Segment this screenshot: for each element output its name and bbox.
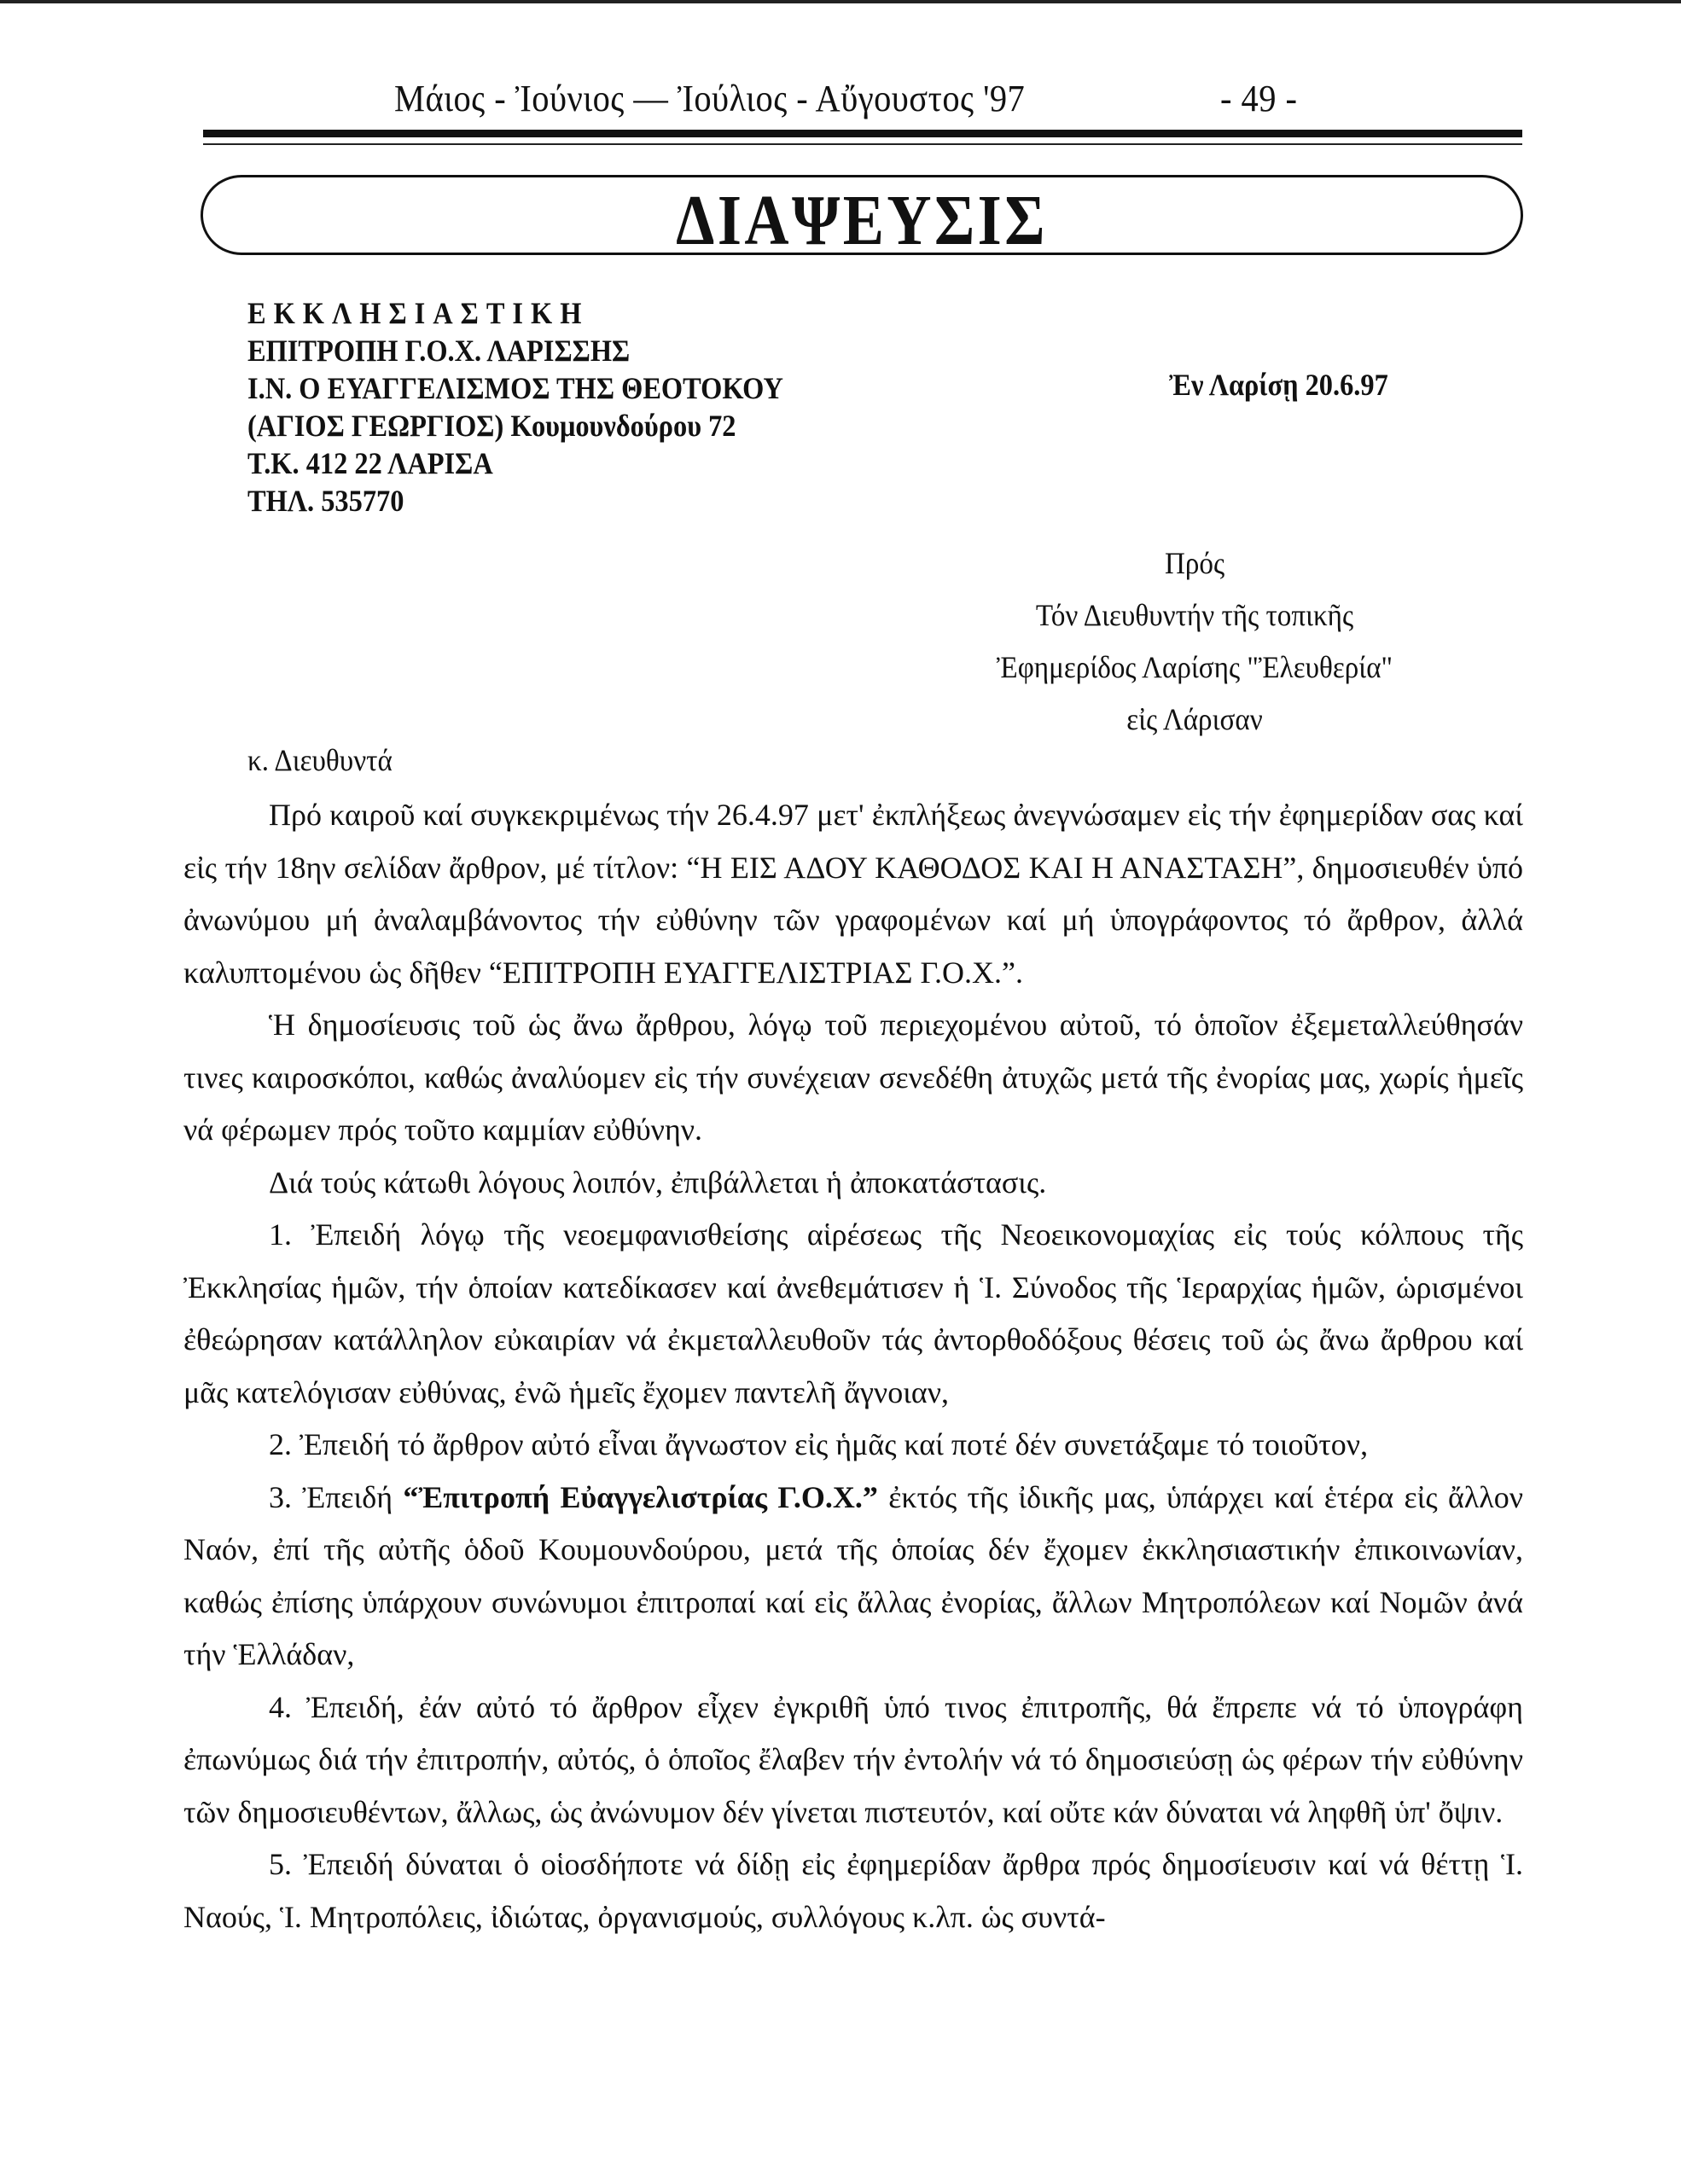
issue-dates: Μάιος - Ἰούνιος — Ἰούλιος - Αὔγουστος '9… [394,77,1025,120]
bold-committee-name: “Ἐπιτροπή Εὐαγγελιστρίας Γ.Ο.Χ.” [403,1480,878,1514]
recipient-line: Πρός [881,537,1509,590]
paragraph: 4. Ἐπειδή, ἐάν αὐτό τό ἄρθρον εἶχεν ἐγκρ… [183,1682,1523,1839]
scan-edge-artifact [0,0,1681,3]
title-banner: ΔΙΑΨΕΥΣΙΣ [201,175,1523,255]
paragraph: Διά τούς κάτωθι λόγους λοιπόν, ἐπιβάλλετ… [183,1157,1523,1210]
article-title: ΔΙΑΨΕΥΣΙΣ [295,179,1428,262]
place-date: Ἐν Λαρίσῃ 20.6.97 [1169,367,1388,403]
running-head: Μάιος - Ἰούνιος — Ἰούλιος - Αὔγουστος '9… [196,77,1527,128]
paragraph: Πρό καιροῦ καί συγκεκριμένως τήν 26.4.97… [183,789,1523,999]
letter-body: Πρό καιροῦ καί συγκεκριμένως τήν 26.4.97… [183,789,1523,1943]
sender-address-block: ΕΚΚΛΗΣΙΑΣΤΙΚΗ ΕΠΙΤΡΟΠΗ Γ.Ο.Χ. ΛΑΡΙΣΣΗΣ Ι… [247,294,843,520]
page-number: - 49 - [1220,77,1297,120]
header-rule-thin [203,143,1522,145]
sender-line: (ΑΓΙΟΣ ΓΕΩΡΓΙΟΣ) Κουμουνδούρου 72 [247,407,783,444]
salutation: κ. Διευθυντά [247,742,393,778]
recipient-line: Τόν Διευθυντήν τῆς τοπικῆς [881,590,1509,642]
sender-line: Τ.Κ. 412 22 ΛΑΡΙΣΑ [247,444,783,482]
recipient-line: εἰς Λάρισαν [881,694,1509,746]
paragraph: 3. Ἐπειδή “Ἐπιτροπή Εὐαγγελιστρίας Γ.Ο.Χ… [183,1472,1523,1682]
sender-line: ΕΚΚΛΗΣΙΑΣΤΙΚΗ [247,294,783,332]
recipient-line: Ἐφημερίδος Λαρίσης "Ἐλευθερία" [881,642,1509,694]
paragraph-prefix: 3. Ἐπειδή [269,1480,403,1514]
paragraph: Ἡ δημοσίευσις τοῦ ὡς ἄνω ἄρθρου, λόγῳ το… [183,999,1523,1157]
sender-line: Ι.Ν. Ο ΕΥΑΓΓΕΛΙΣΜΟΣ ΤΗΣ ΘΕΟΤΟΚΟΥ [247,369,783,407]
sender-line: ΕΠΙΤΡΟΠΗ Γ.Ο.Χ. ΛΑΡΙΣΣΗΣ [247,332,783,369]
header-rule-thick [203,130,1522,137]
paragraph: 2. Ἐπειδή τό ἄρθρον αὐτό εἶναι ἄγνωστον … [183,1419,1523,1472]
paragraph: 5. Ἐπειδή δύναται ὁ οἱοσδήποτε νά δίδῃ ε… [183,1838,1523,1943]
sender-line: ΤΗΛ. 535770 [247,482,783,520]
recipient-block: Πρός Τόν Διευθυντήν τῆς τοπικῆς Ἐφημερίδ… [853,537,1536,746]
paragraph: 1. Ἐπειδή λόγῳ τῆς νεοεμφανισθείσης αἱρέ… [183,1209,1523,1419]
